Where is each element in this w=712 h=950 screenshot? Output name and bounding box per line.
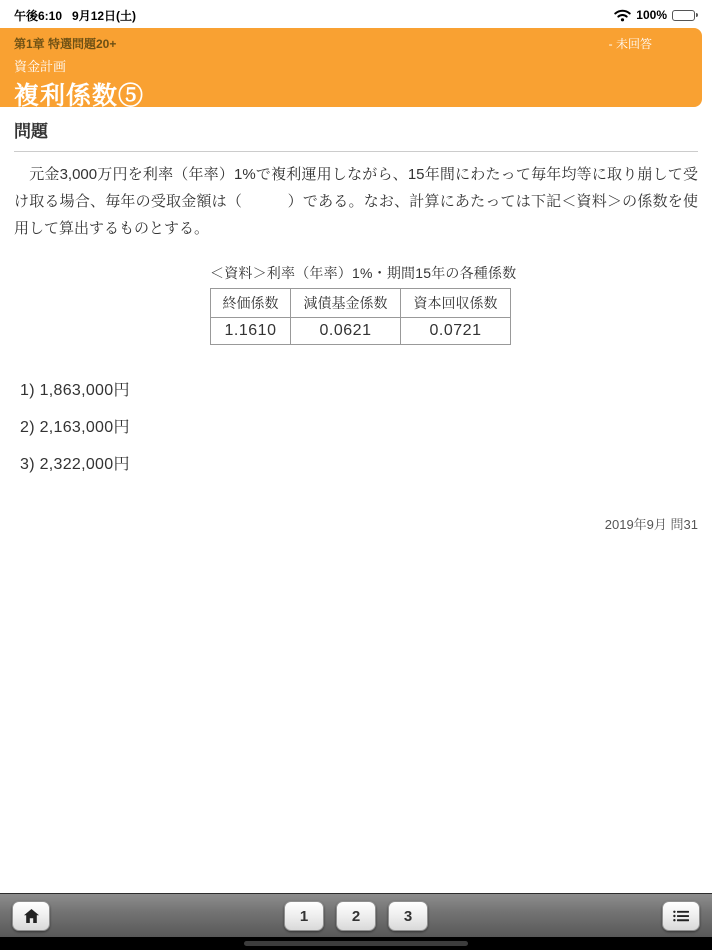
bottom-toolbar: 1 2 3: [0, 893, 712, 937]
answer-button-3[interactable]: 3: [388, 901, 428, 931]
category-label: 資金計画: [14, 56, 688, 75]
battery-percent: 100%: [636, 8, 667, 22]
wifi-icon: [614, 9, 631, 22]
status-bar: 午後6:10 9月12日(土) 100%: [0, 0, 712, 28]
table-header-cell: 減債基金係数: [291, 289, 401, 318]
answer-button-group: 1 2 3: [284, 901, 428, 931]
table-header-cell: 終価係数: [211, 289, 291, 318]
home-indicator-handle[interactable]: [244, 941, 468, 946]
choice-1: 1) 1,863,000円: [20, 377, 712, 400]
battery-icon: [672, 10, 698, 21]
coefficient-table-block: ＜資料＞利率（年率）1%・期間15年の各種係数 終価係数 減債基金係数 資本回収…: [210, 263, 712, 345]
table-value-cell: 0.0721: [401, 318, 511, 345]
problem-heading: 問題: [14, 107, 698, 151]
table-value-cell: 1.1610: [211, 318, 291, 345]
table-value-row: 1.1610 0.0621 0.0721: [211, 318, 511, 345]
choice-2: 2) 2,163,000円: [20, 414, 712, 437]
problem-section: 問題 元金3,000万円を利率（年率）1%で複利運用しながら、15年間にわたって…: [0, 107, 712, 533]
clock-date: 9月12日(土): [72, 7, 136, 24]
problem-body: 元金3,000万円を利率（年率）1%で複利運用しながら、15年間にわたって毎年均…: [14, 161, 698, 242]
table-header-row: 終価係数 減債基金係数 資本回収係数: [211, 289, 511, 318]
question-list-button[interactable]: [662, 901, 700, 931]
answer-status-badge: - 未回答: [609, 35, 688, 52]
chapter-label: 第1章 特選問題20+: [14, 35, 116, 52]
exam-source-label: 2019年9月 問31: [14, 514, 698, 533]
answer-button-2[interactable]: 2: [336, 901, 376, 931]
answer-choices: 1) 1,863,000円 2) 2,163,000円 3) 2,322,000…: [20, 377, 712, 474]
answer-button-1[interactable]: 1: [284, 901, 324, 931]
coefficient-table: 終価係数 減債基金係数 資本回収係数 1.1610 0.0621 0.0721: [210, 288, 511, 345]
system-bottom-bar: [0, 937, 712, 950]
list-icon: [673, 910, 689, 922]
home-button[interactable]: [12, 901, 50, 931]
table-value-cell: 0.0621: [291, 318, 401, 345]
clock-time: 午後6:10: [14, 7, 62, 24]
table-header-cell: 資本回収係数: [401, 289, 511, 318]
table-caption: ＜資料＞利率（年率）1%・期間15年の各種係数: [210, 263, 712, 283]
question-header: 第1章 特選問題20+ - 未回答 資金計画 複利係数⑤: [0, 28, 702, 107]
choice-3: 3) 2,322,000円: [20, 451, 712, 474]
home-icon: [24, 909, 39, 923]
